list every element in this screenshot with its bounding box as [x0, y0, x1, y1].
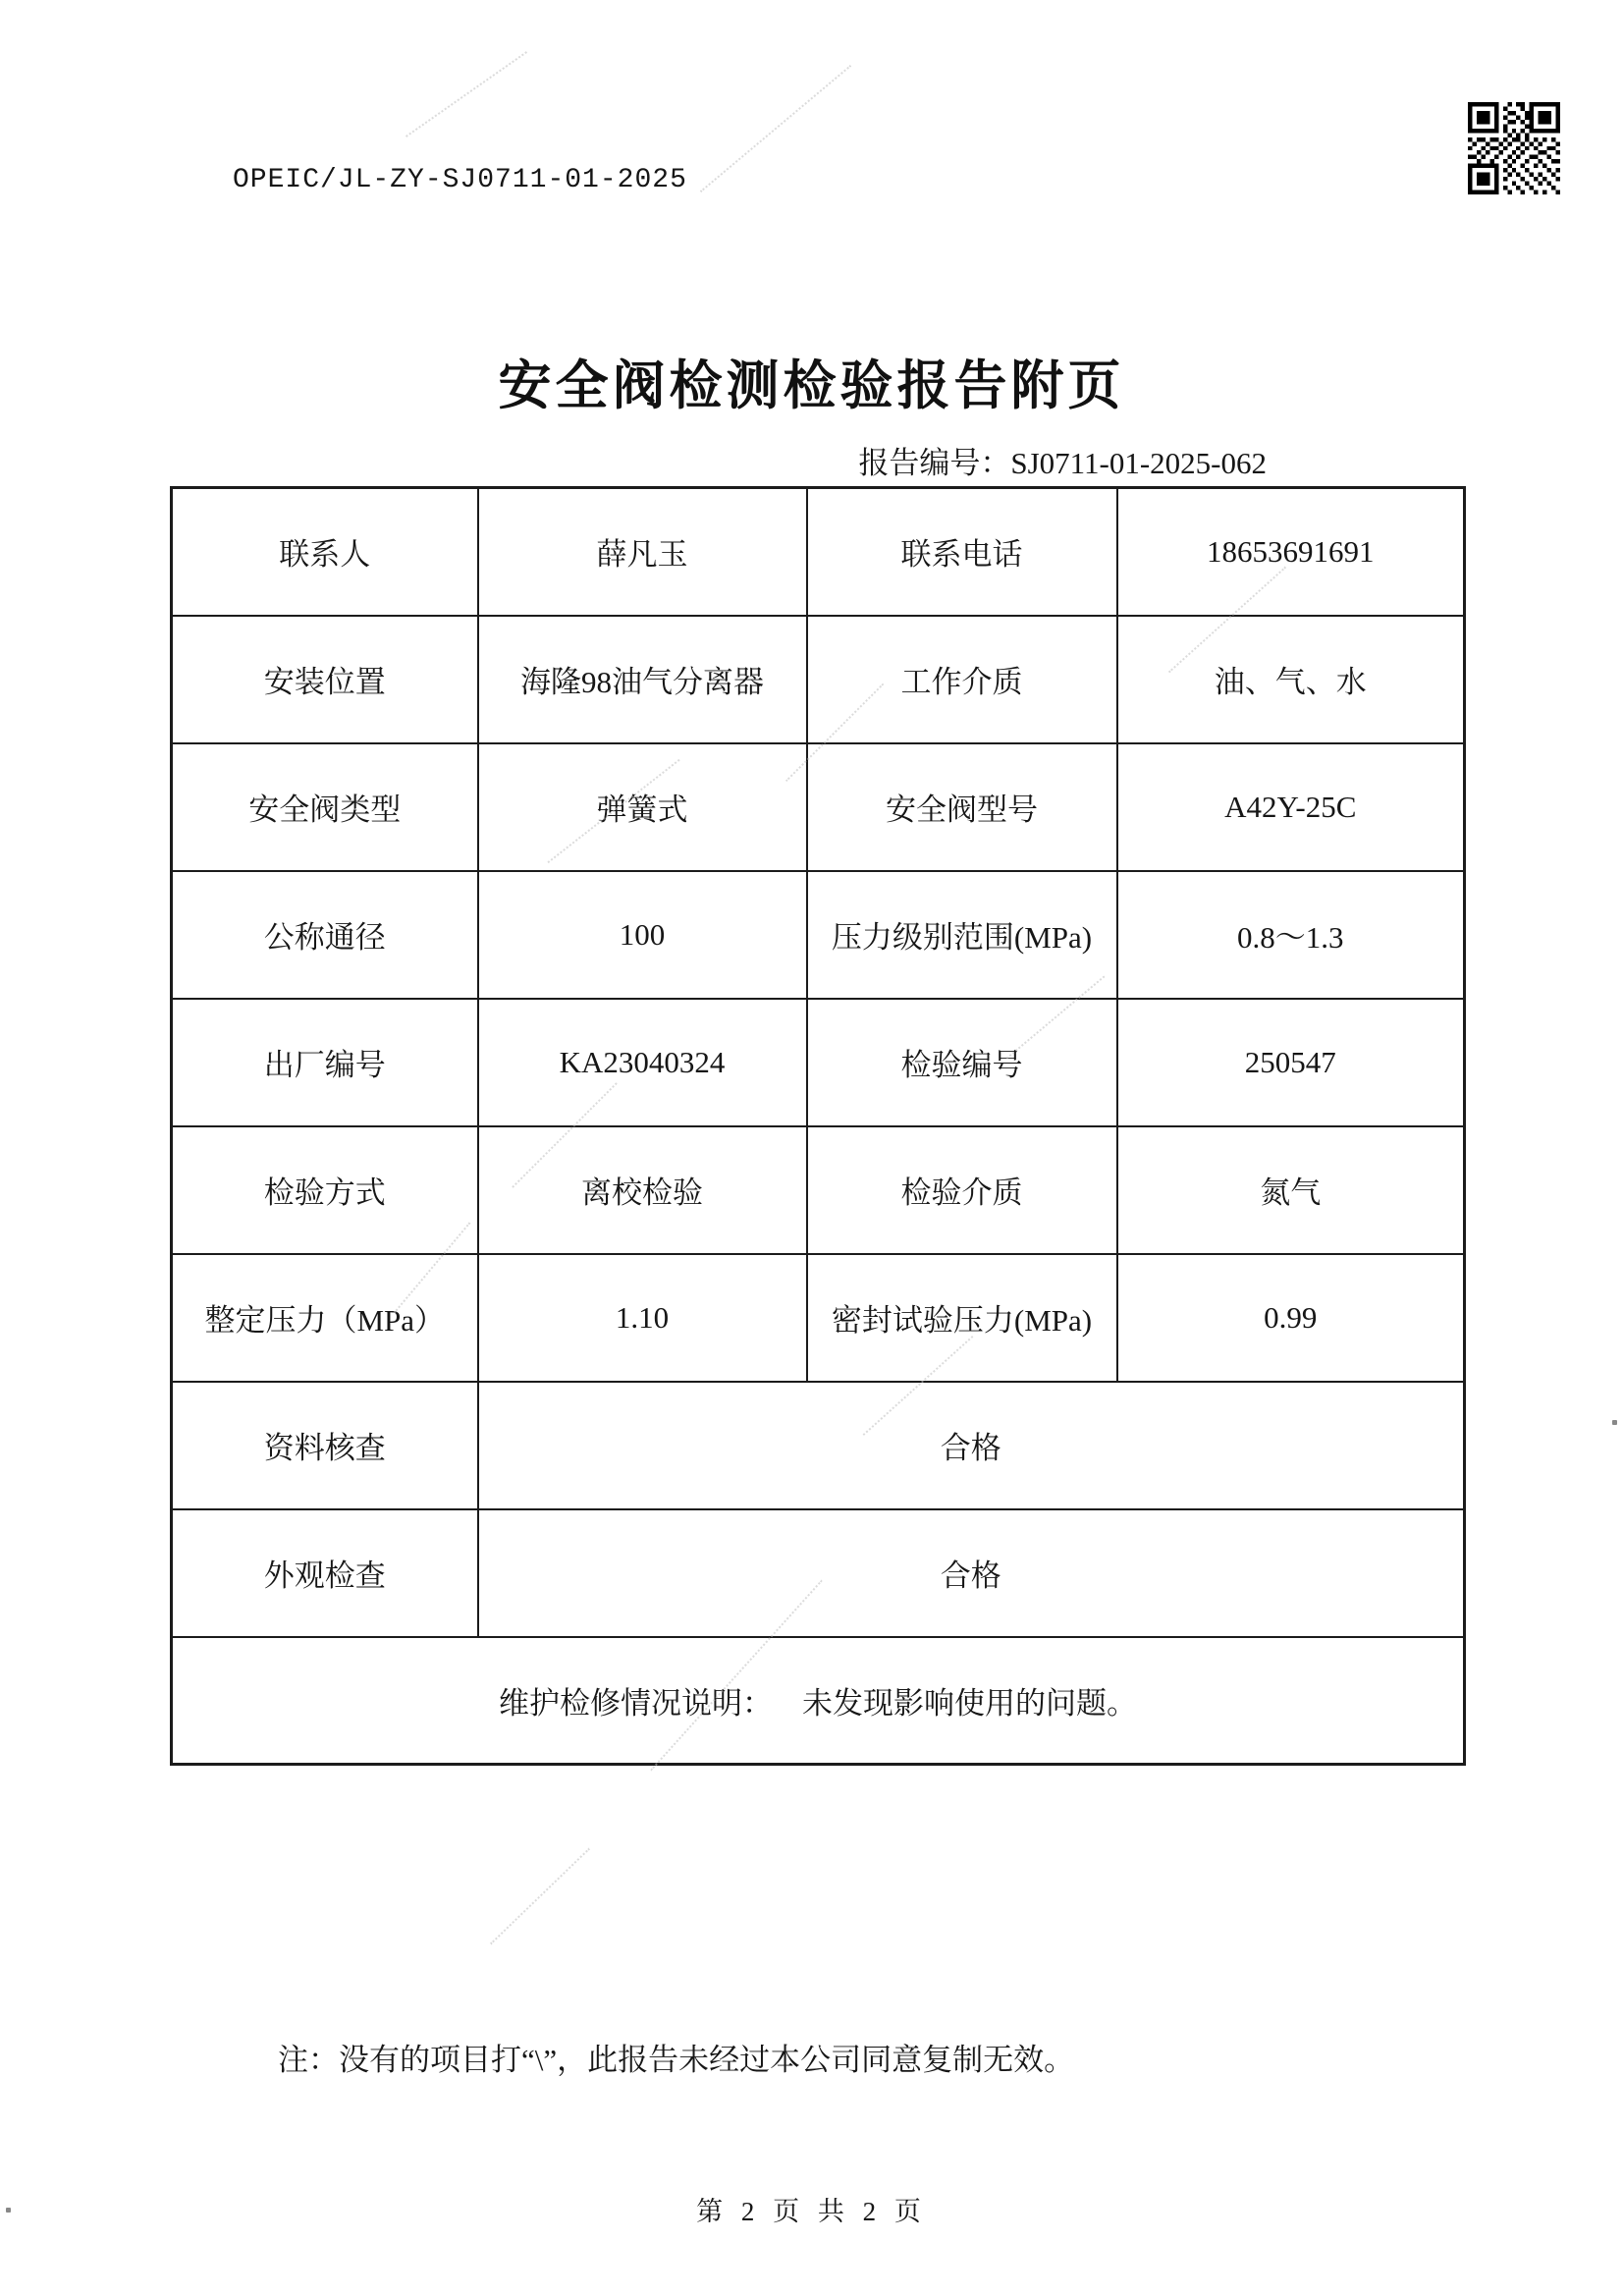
cell-label: 安全阀型号: [807, 743, 1117, 871]
cell-label: 检验介质: [807, 1126, 1117, 1254]
cell-value: 1.10: [478, 1254, 807, 1382]
document-code: OPEIC/JL-ZY-SJ0711-01-2025: [233, 165, 687, 195]
remark-value: 未发现影响使用的问题。: [802, 1686, 1137, 1721]
cell-value: 0.8～1.3: [1117, 871, 1465, 999]
cell-label: 外观检查: [172, 1509, 478, 1637]
cell-value: 250547: [1117, 999, 1465, 1126]
cell-value: 离校检验: [478, 1126, 807, 1254]
cell-label: 工作介质: [807, 616, 1117, 743]
report-number-label: 报告编号：: [858, 446, 1010, 480]
qr-code-icon: [1468, 102, 1560, 194]
cell-value-merged: 合格: [478, 1509, 1465, 1637]
cell-label: 安全阀类型: [172, 743, 478, 871]
cell-value: A42Y-25C: [1117, 743, 1465, 871]
page-title: 安全阀检测检验报告附页: [0, 344, 1623, 419]
cell-label: 检验编号: [807, 999, 1117, 1126]
cell-label: 联系人: [172, 488, 478, 616]
cell-value: 100: [478, 871, 807, 999]
cell-label: 压力级别范围(MPa): [807, 871, 1117, 999]
cell-label: 整定压力（MPa）: [172, 1254, 478, 1382]
footnote: 注：没有的项目打“\”，此报告未经过本公司同意复制无效。: [278, 2035, 1074, 2079]
table-row: 外观检查 合格: [172, 1509, 1465, 1637]
table-row: 出厂编号 KA23040324 检验编号 250547: [172, 999, 1465, 1126]
cell-label: 检验方式: [172, 1126, 478, 1254]
cell-value-merged: 合格: [478, 1382, 1465, 1509]
table-row: 安全阀类型 弹簧式 安全阀型号 A42Y-25C: [172, 743, 1465, 871]
cell-value: 海隆98油气分离器: [478, 616, 807, 743]
remark-cell: 维护检修情况说明：未发现影响使用的问题。: [172, 1637, 1465, 1765]
cell-label: 联系电话: [807, 488, 1117, 616]
cell-label: 公称通径: [172, 871, 478, 999]
cell-value: 氮气: [1117, 1126, 1465, 1254]
cell-value: KA23040324: [478, 999, 807, 1126]
cell-value: 弹簧式: [478, 743, 807, 871]
cell-value: 18653691691: [1117, 488, 1465, 616]
table-row: 联系人 薛凡玉 联系电话 18653691691: [172, 488, 1465, 616]
page-number: 第 2 页 共 2 页: [0, 2190, 1623, 2228]
cell-label: 密封试验压力(MPa): [807, 1254, 1117, 1382]
report-number-value: SJ0711-01-2025-062: [1010, 446, 1267, 480]
remark-label: 维护检修情况说明：: [499, 1686, 773, 1721]
table-row: 整定压力（MPa） 1.10 密封试验压力(MPa) 0.99: [172, 1254, 1465, 1382]
inspection-table: 联系人 薛凡玉 联系电话 18653691691 安装位置 海隆98油气分离器 …: [170, 486, 1466, 1766]
cell-value: 薛凡玉: [478, 488, 807, 616]
table-row: 公称通径 100 压力级别范围(MPa) 0.8～1.3: [172, 871, 1465, 999]
document-page: OPEIC/JL-ZY-SJ0711-01-2025 安全阀检测检验报告附页 报…: [0, 0, 1623, 2296]
scan-artifact: [490, 1848, 590, 1945]
cell-label: 安装位置: [172, 616, 478, 743]
table-row: 安装位置 海隆98油气分离器 工作介质 油、气、水: [172, 616, 1465, 743]
table-row: 检验方式 离校检验 检验介质 氮气: [172, 1126, 1465, 1254]
cell-value: 0.99: [1117, 1254, 1465, 1382]
cell-label: 资料核查: [172, 1382, 478, 1509]
scan-speck: [1612, 1420, 1617, 1425]
cell-value: 油、气、水: [1117, 616, 1465, 743]
scan-artifact: [700, 65, 851, 192]
scan-artifact: [406, 51, 527, 137]
table-row: 资料核查 合格: [172, 1382, 1465, 1509]
report-number: 报告编号：SJ0711-01-2025-062: [858, 438, 1267, 482]
table-row-remark: 维护检修情况说明：未发现影响使用的问题。: [172, 1637, 1465, 1765]
cell-label: 出厂编号: [172, 999, 478, 1126]
